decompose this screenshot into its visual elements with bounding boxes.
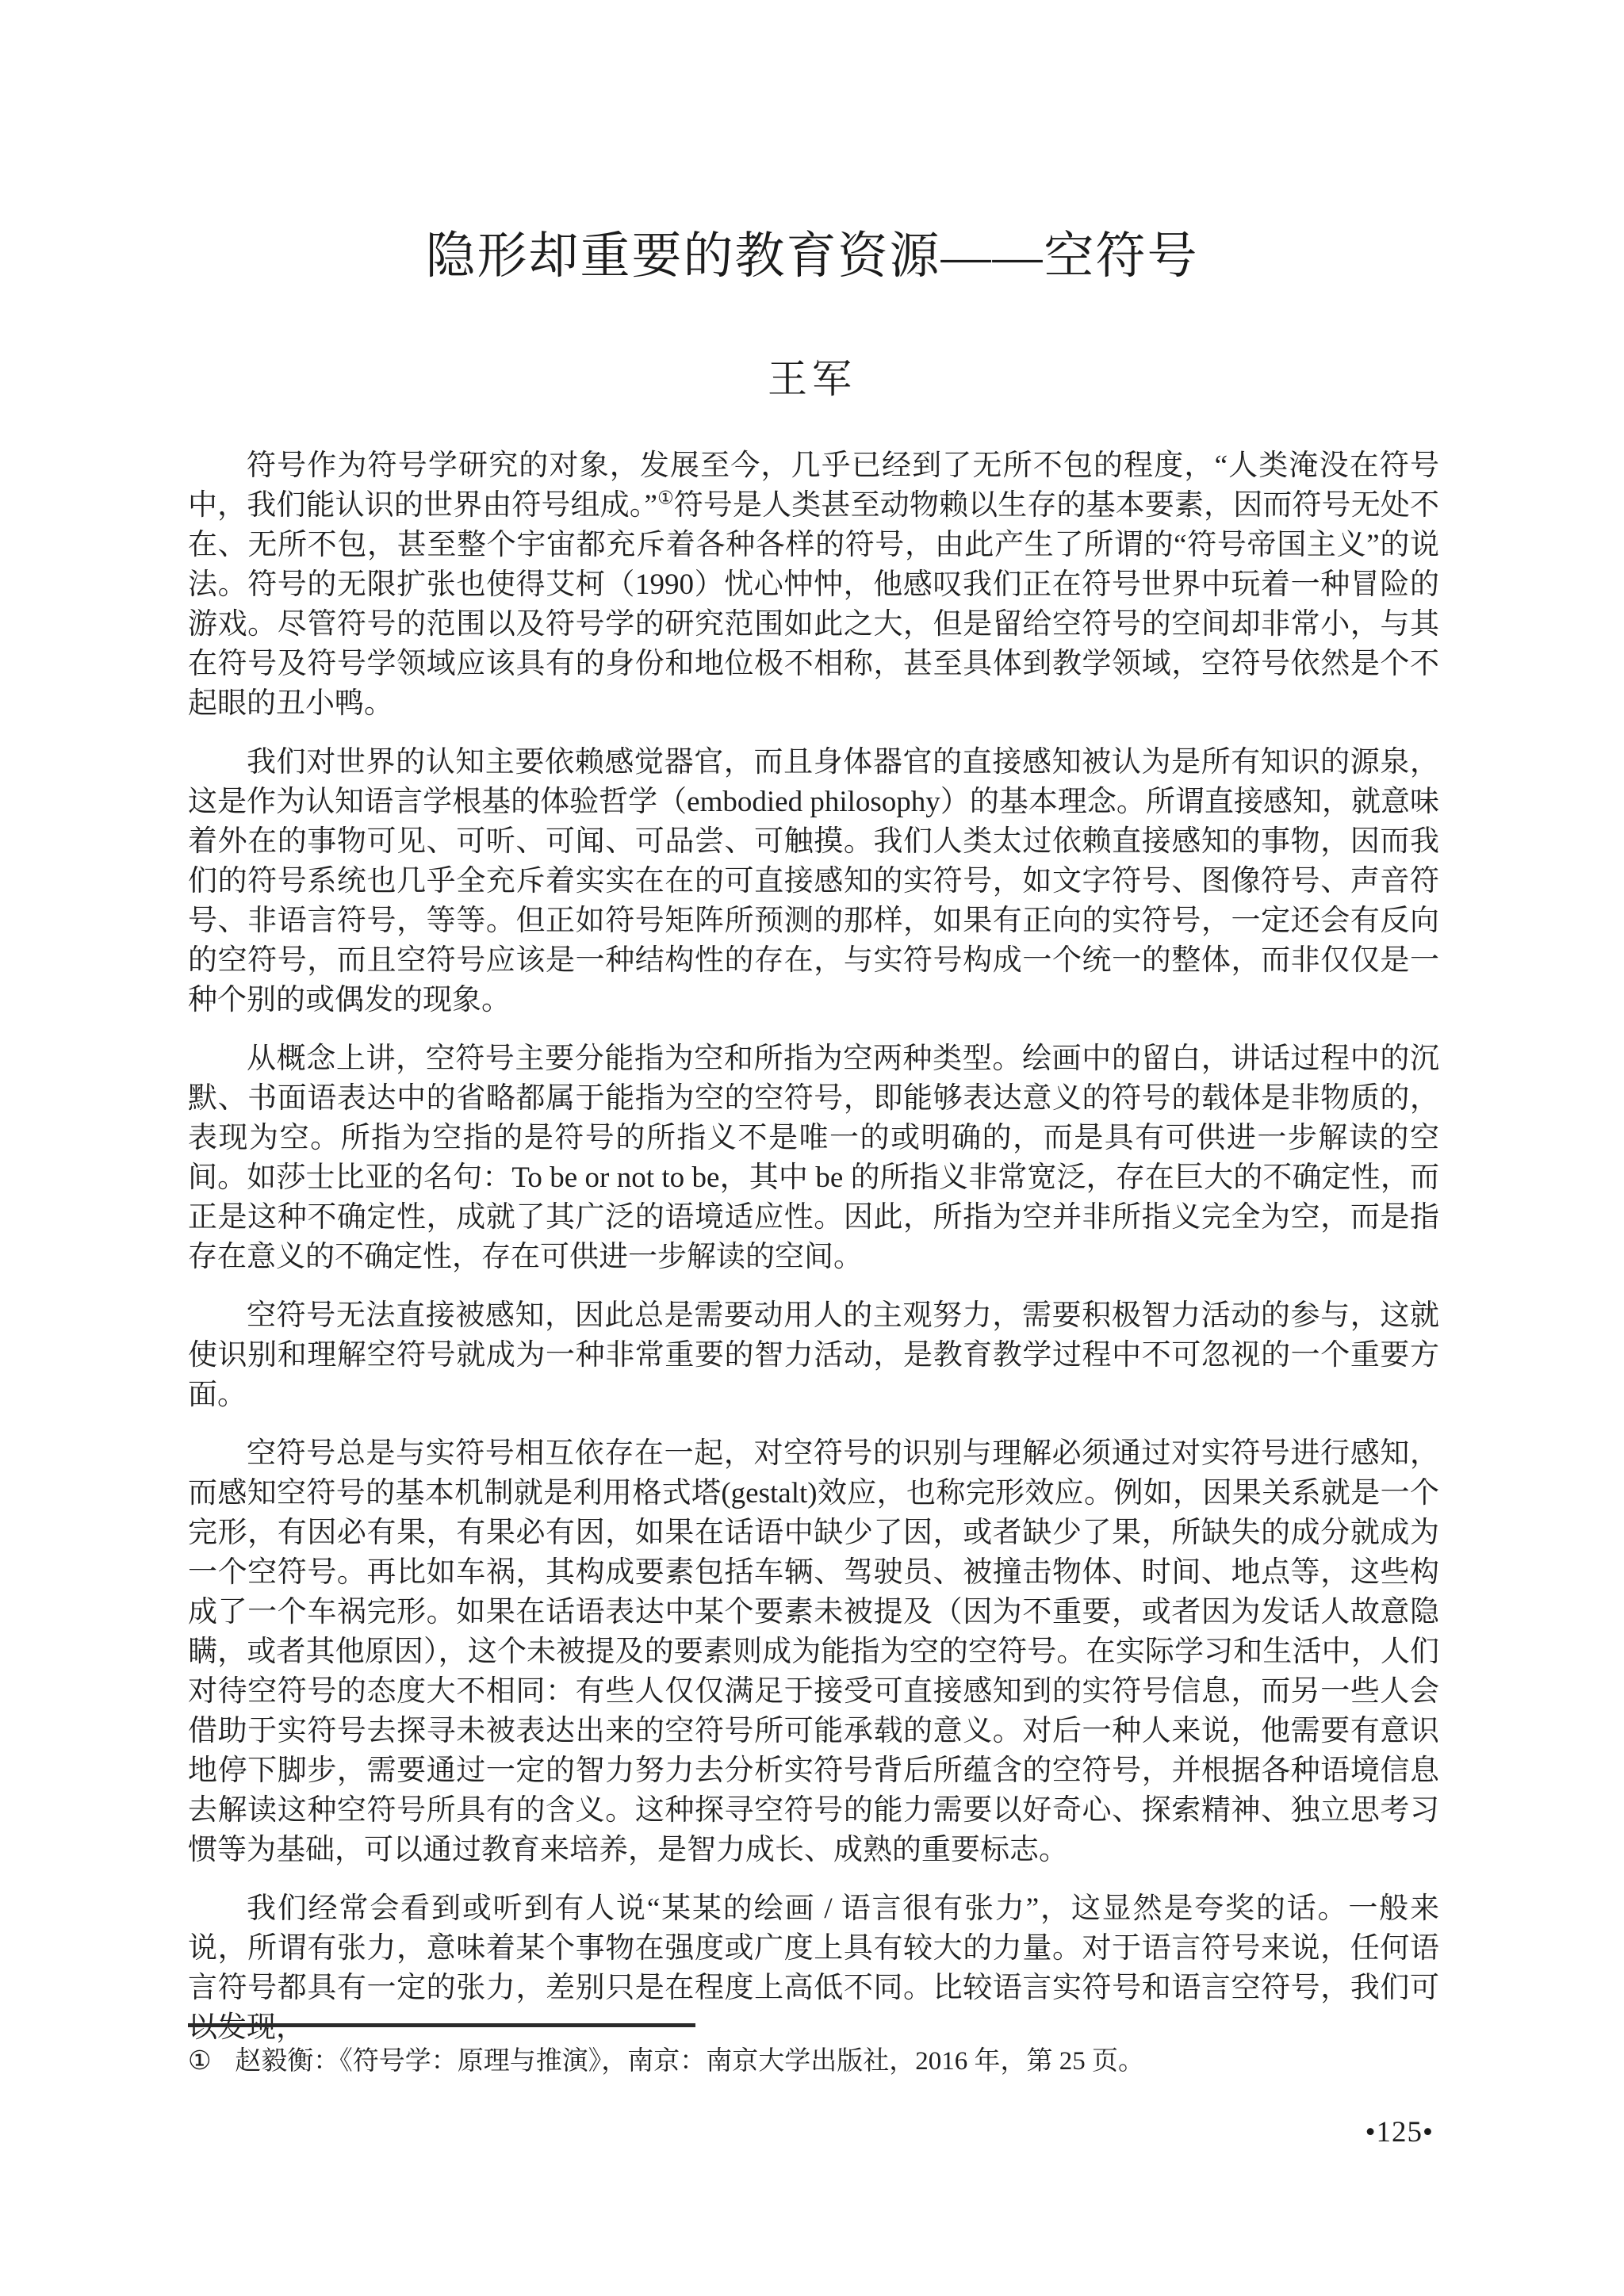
footnote-divider [188,2023,695,2027]
paragraph-text: 我们经常会看到或听到有人说“某某的绘画 / 语言很有张力”，这显然是夸奖的话。一… [188,1892,1439,2044]
page-title: 隐形却重要的教育资源——空符号 [0,216,1624,288]
footnote: ①赵毅衡：《符号学：原理与推演》，南京：南京大学出版社，2016 年，第 25 … [188,2044,1439,2079]
paragraph-text: 符号是人类甚至动物赖以生存的基本要素，因而符号无处不在、无所不包，甚至整个宇宙都… [188,489,1439,720]
footnote-marker: ① [188,2047,212,2076]
paragraph-5: 空符号总是与实符号相互依存在一起，对空符号的识别与理解必须通过对实符号进行感知，… [188,1434,1439,1870]
author-name: 王军 [0,347,1624,404]
document-page: 隐形却重要的教育资源——空符号 王军 符号作为符号学研究的对象，发展至今，几乎已… [0,0,1624,2296]
page-number: •125• [1365,2115,1434,2149]
paragraph-text: 空符号无法直接被感知，因此总是需要动用人的主观努力，需要积极智力活动的参与，这就… [188,1299,1439,1411]
article-body: 符号作为符号学研究的对象，发展至今，几乎已经到了无所不包的程度，“人类淹没在符号… [188,446,1439,2048]
paragraph-3: 从概念上讲，空符号主要分能指为空和所指为空两种类型。绘画中的留白，讲话过程中的沉… [188,1039,1439,1277]
paragraph-text: 空符号总是与实符号相互依存在一起，对空符号的识别与理解必须通过对实符号进行感知，… [188,1437,1439,1866]
footnote-ref: ① [657,488,674,508]
paragraph-text: 从概念上讲，空符号主要分能指为空和所指为空两种类型。绘画中的留白，讲话过程中的沉… [188,1043,1439,1273]
footnote-text: 赵毅衡：《符号学：原理与推演》，南京：南京大学出版社，2016 年，第 25 页… [235,2047,1144,2076]
paragraph-4: 空符号无法直接被感知，因此总是需要动用人的主观努力，需要积极智力活动的参与，这就… [188,1296,1439,1415]
paragraph-1: 符号作为符号学研究的对象，发展至今，几乎已经到了无所不包的程度，“人类淹没在符号… [188,446,1439,724]
paragraph-2: 我们对世界的认知主要依赖感觉器官，而且身体器官的直接感知被认为是所有知识的源泉，… [188,743,1439,1020]
paragraph-text: 我们对世界的认知主要依赖感觉器官，而且身体器官的直接感知被认为是所有知识的源泉，… [188,746,1439,1016]
